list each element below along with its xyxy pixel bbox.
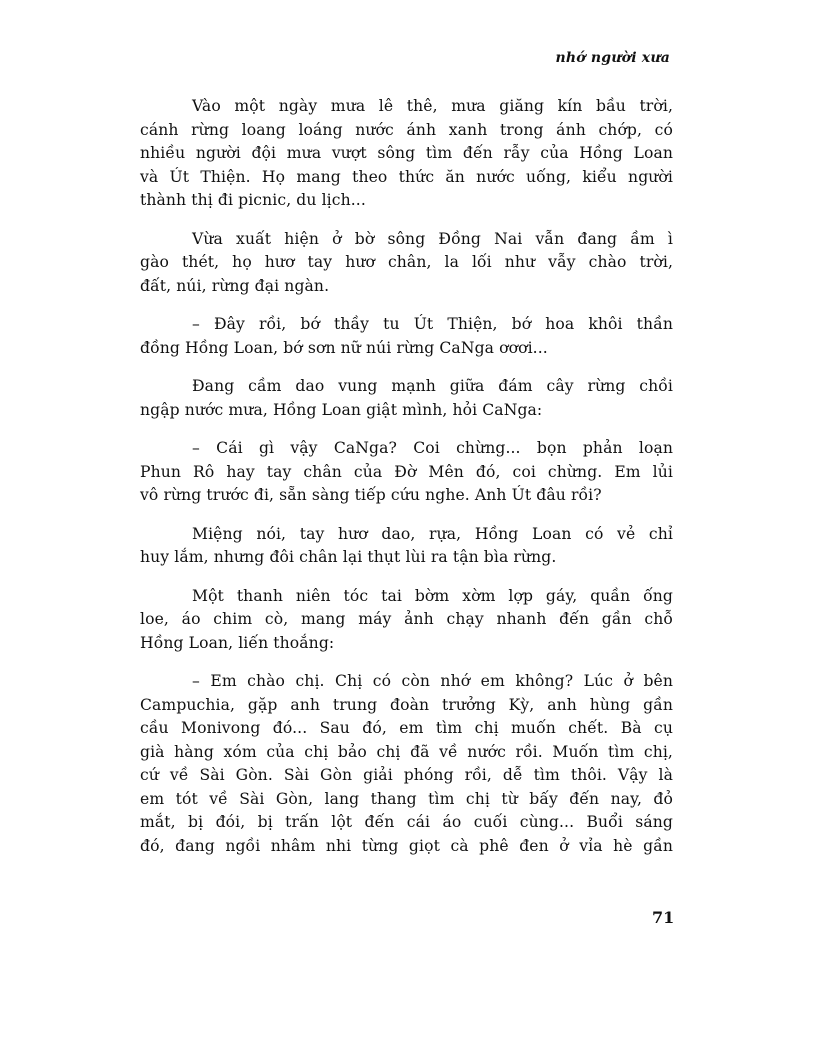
paragraph-3-dialogue: – Đây rồi, bớ thầy tu Út Thiện, bớ hoa k…	[140, 313, 673, 360]
text-line: – Cái gì vậy CaNga? Coi chừng... bọn phả…	[140, 437, 673, 461]
text-line: – Em chào chị. Chị có còn nhớ em không? …	[140, 670, 673, 694]
text-line: vô rừng trước đi, sẵn sàng tiếp cứu nghe…	[140, 484, 673, 508]
text-line: và Út Thiện. Họ mang theo thức ăn nước u…	[140, 166, 673, 190]
text-line: đất, núi, rừng đại ngàn.	[140, 275, 673, 299]
text-line: Vừa xuất hiện ở bờ sông Đồng Nai vẫn đan…	[140, 228, 673, 252]
paragraph-1: Vào một ngày mưa lê thê, mưa giăng kín b…	[140, 95, 673, 213]
paragraph-6: Miệng nói, tay hươ dao, rựa, Hồng Loan c…	[140, 523, 673, 570]
text-line: Một thanh niên tóc tai bờm xờm lợp gáy, …	[140, 585, 673, 609]
text-line: ngập nước mưa, Hồng Loan giật mình, hỏi …	[140, 399, 673, 423]
paragraph-7: Một thanh niên tóc tai bờm xờm lợp gáy, …	[140, 585, 673, 656]
text-line: mắt, bị đói, bị trấn lột đến cái áo cuối…	[140, 811, 673, 835]
text-line: già hàng xóm của chị bảo chị đã về nước …	[140, 741, 673, 765]
paragraph-4: Đang cầm dao vung mạnh giữa đám cây rừng…	[140, 375, 673, 422]
page-body: Vào một ngày mưa lê thê, mưa giăng kín b…	[140, 95, 673, 873]
text-line: – Đây rồi, bớ thầy tu Út Thiện, bớ hoa k…	[140, 313, 673, 337]
running-header-title: nhớ người xưa	[556, 50, 670, 66]
text-line: nhiều người đội mưa vượt sông tìm đến rẫ…	[140, 142, 673, 166]
text-line: Phun Rô hay tay chân của Đờ Mên đó, coi …	[140, 461, 673, 485]
text-line: đó, đang ngồi nhâm nhi từng giọt cà phê …	[140, 835, 673, 859]
text-line: Campuchia, gặp anh trung đoàn trưởng Kỳ,…	[140, 694, 673, 718]
text-line: cầu Monivong đó... Sau đó, em tìm chị mu…	[140, 717, 673, 741]
text-line: loe, áo chim cò, mang máy ảnh chạy nhanh…	[140, 608, 673, 632]
text-line: huy lắm, nhưng đôi chân lại thụt lùi ra …	[140, 546, 673, 570]
text-line: cánh rừng loang loáng nước ánh xanh tron…	[140, 119, 673, 143]
paragraph-5-dialogue: – Cái gì vậy CaNga? Coi chừng... bọn phả…	[140, 437, 673, 508]
text-line: đồng Hồng Loan, bớ sơn nữ núi rừng CaNga…	[140, 337, 673, 361]
text-line: Đang cầm dao vung mạnh giữa đám cây rừng…	[140, 375, 673, 399]
text-line: Vào một ngày mưa lê thê, mưa giăng kín b…	[140, 95, 673, 119]
text-line: Miệng nói, tay hươ dao, rựa, Hồng Loan c…	[140, 523, 673, 547]
paragraph-8-dialogue: – Em chào chị. Chị có còn nhớ em không? …	[140, 670, 673, 858]
text-line: cứ về Sài Gòn. Sài Gòn giải phóng rồi, d…	[140, 764, 673, 788]
text-line: em tót về Sài Gòn, lang thang tìm chị từ…	[140, 788, 673, 812]
page-number: 71	[652, 908, 674, 927]
text-line: gào thét, họ hươ tay hươ chân, la lối nh…	[140, 251, 673, 275]
text-line: thành thị đi picnic, du lịch...	[140, 189, 673, 213]
paragraph-2: Vừa xuất hiện ở bờ sông Đồng Nai vẫn đan…	[140, 228, 673, 299]
text-line: Hồng Loan, liến thoắng:	[140, 632, 673, 656]
